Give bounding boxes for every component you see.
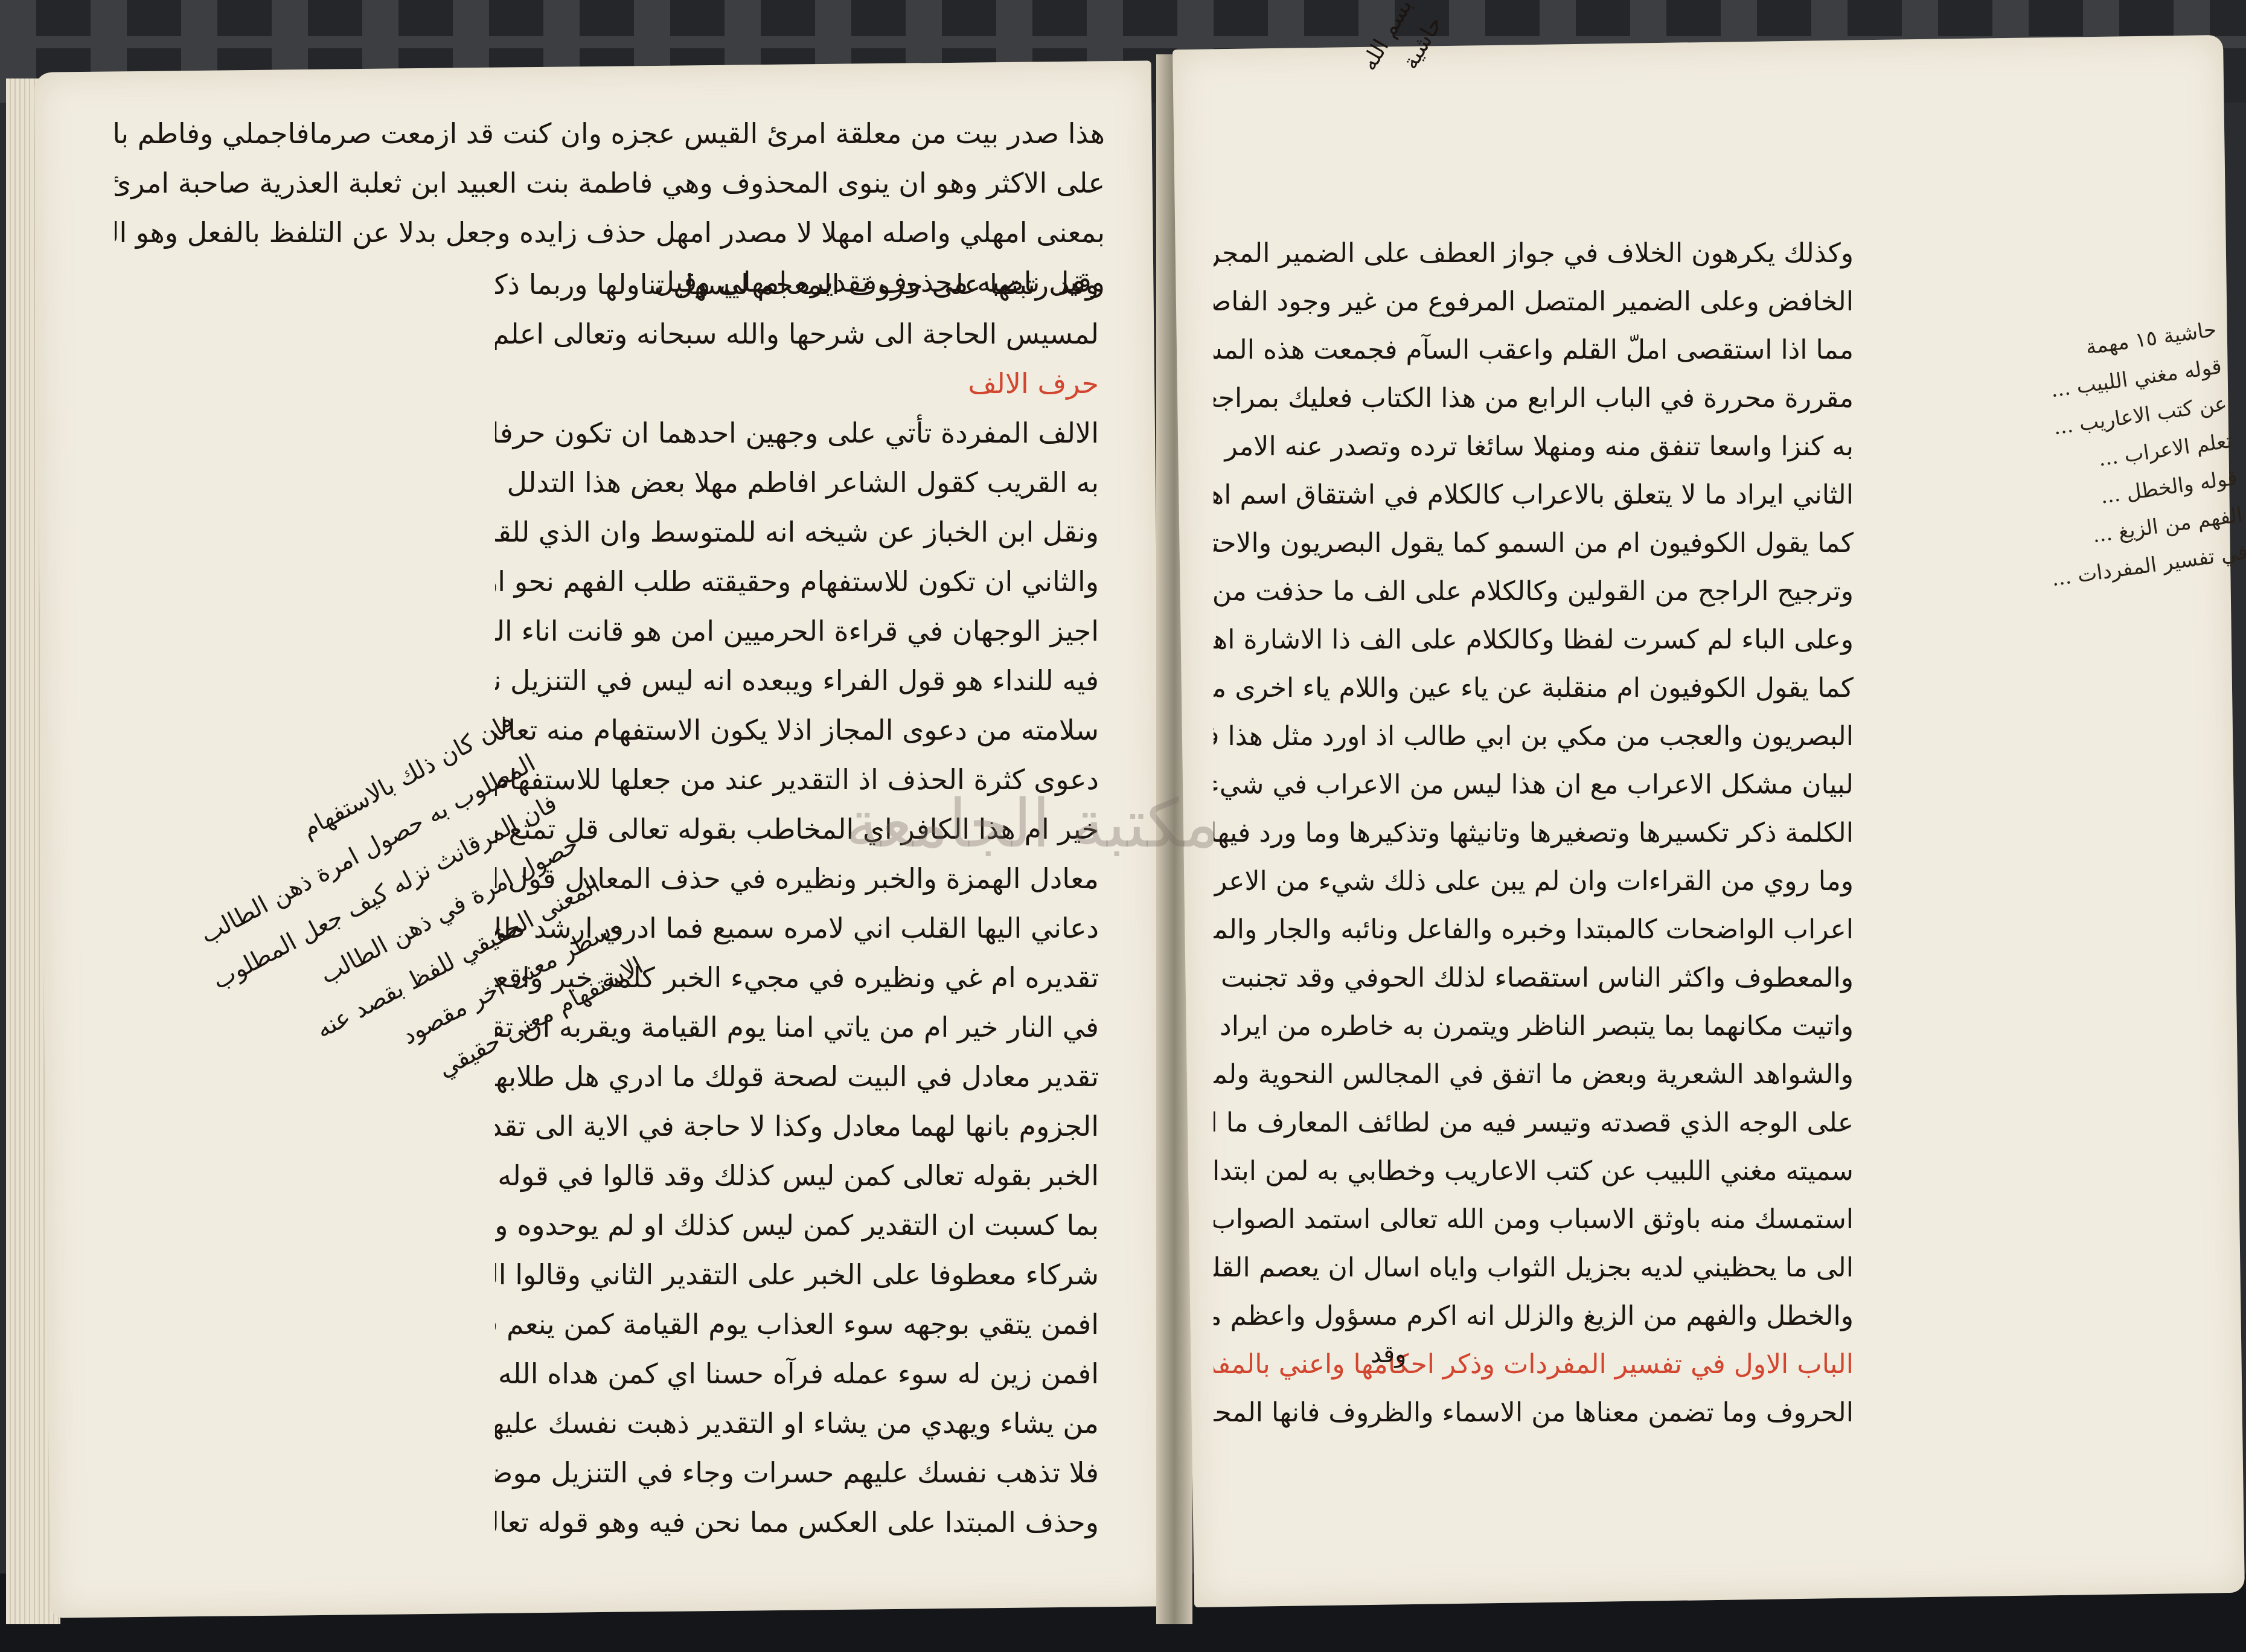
text-line: لبيان مشكل الاعراب مع ان هذا ليس من الاع… [1214, 761, 1854, 809]
text-line: كما يقول الكوفيون ام منقلبة عن ياء عين و… [1214, 664, 1854, 712]
text-line: وحذف المبتدا على العكس مما نحن فيه وهو ق… [495, 1497, 1099, 1547]
text-line: مما اذا استقصى املّ القلم واعقب السآم فج… [1214, 326, 1854, 374]
text-line: وكذلك يكرهون الخلاف في جواز العطف على ال… [1214, 229, 1854, 278]
text-line: من يشاء ويهدي من يشاء او التقدير ذهبت نف… [495, 1398, 1099, 1448]
text-line: شركاء معطوفا على الخبر على التقدير الثان… [495, 1250, 1099, 1299]
text-line: الكلمة ذكر تكسيرها وتصغيرها وتانيثها وتذ… [1214, 809, 1854, 857]
text-line: على الاكثر وهو ان ينوى المحذوف وهي فاطمة… [115, 158, 1105, 208]
text-line: به كنزا واسعا تنفق منه ومنهلا سائغا ترده… [1214, 423, 1854, 471]
text-line: والمعطوف واكثر الناس استقصاء لذلك الحوفي… [1214, 954, 1854, 1002]
text-line: تقدير معادل في البيت لصحة قولك ما ادري ه… [495, 1052, 1099, 1101]
text-line: البصريون والعجب من مكي بن ابي طالب اذ او… [1214, 712, 1854, 761]
right-margin-notes: حاشية ١٥ مهمة قوله مغني اللبيب ... عن كت… [1807, 311, 2246, 627]
text-line: وقد رتبتها على حروف المعجم ليسهل تناولها… [495, 260, 1099, 309]
library-watermark: مكتبة الجامعة [845, 785, 1220, 862]
text-line: هذا صدر بيت من معلقة امرئ القيس عجزه وان… [115, 109, 1105, 158]
text-line: فلا تذهب نفسك عليهم حسرات وجاء في التنزي… [495, 1448, 1099, 1497]
text-line: والثاني ان تكون للاستفهام وحقيقته طلب ال… [495, 557, 1099, 606]
text-line: اعراب الواضحات كالمبتدا وخبره والفاعل ون… [1214, 906, 1854, 954]
text-line: كما يقول الكوفيون ام من السمو كما يقول ا… [1214, 519, 1854, 568]
text-line: الى ما يحظيني لديه بجزيل الثواب واياه اس… [1214, 1244, 1854, 1292]
text-line: واتيت مكانهما بما يتبصر الناظر ويتمرن به… [1214, 1002, 1854, 1051]
text-line: وعلى الباء لم كسرت لفظا وكالكلام على الف… [1214, 616, 1854, 664]
text-line: وترجيح الراجح من القولين وكالكلام على ال… [1214, 568, 1854, 616]
text-line: على الوجه الذي قصدته وتيسر فيه من لطائف … [1214, 1099, 1854, 1147]
text-line: سميته مغني اللبيب عن كتب الاعاريب وخطابي… [1214, 1147, 1854, 1196]
text-line: وما روي من القراءات وان لم يبن على ذلك ش… [1214, 857, 1854, 906]
text-line: لمسيس الحاجة الى شرحها والله سبحانه وتعا… [495, 309, 1099, 359]
text-line: الجزوم بانها لهما معادل وكذا لا حاجة في … [495, 1101, 1099, 1151]
text-line: الالف المفردة تأتي على وجهين احدهما ان ت… [495, 408, 1099, 458]
right-main-text: وكذلك يكرهون الخلاف في جواز العطف على ال… [1214, 229, 1854, 1437]
text-line: الخافض وعلى الضمير المتصل المرفوع من غير… [1214, 278, 1854, 326]
text-line: الحروف وما تضمن معناها من الاسماء والظرو… [1214, 1389, 1854, 1437]
text-line: فيه للنداء هو قول الفراء ويبعده انه ليس … [495, 656, 1099, 705]
catchword: وقد [1371, 1340, 1406, 1368]
text-line: افمن يتقي بوجهه سوء العذاب يوم القيامة ك… [495, 1299, 1099, 1349]
text-line: اجيز الوجهان في قراءة الحرميين امن هو قا… [495, 606, 1099, 656]
text-line: سلامته من دعوى المجاز اذلا يكون الاستفها… [495, 705, 1099, 755]
chapter-heading: الباب الاول في تفسير المفردات وذكر احكام… [1214, 1340, 1854, 1389]
rubric-heading: حرف الالف [495, 359, 1099, 408]
text-line: والخطل والفهم من الزيغ والزلل انه اكرم م… [1214, 1292, 1854, 1340]
text-line: افمن زين له سوء عمله فرآه حسنا اي كمن هد… [495, 1349, 1099, 1398]
text-line: الخبر بقوله تعالى كمن ليس كذلك وقد قالوا… [495, 1151, 1099, 1200]
text-line: ونقل ابن الخباز عن شيخه انه للمتوسط وان … [495, 507, 1099, 557]
text-line: به القريب كقول الشاعر افاطم مهلا بعض هذا… [495, 458, 1099, 507]
text-line: بما كسبت ان التقدير كمن ليس كذلك او لم ي… [495, 1200, 1099, 1250]
text-line: بمعنى امهلي واصله امهلا لا مصدر امهل حذف… [115, 208, 1105, 257]
text-line: مقررة محررة في الباب الرابع من هذا الكتا… [1214, 374, 1854, 423]
text-line: والشواهد الشعرية وبعض ما اتفق في المجالس… [1214, 1051, 1854, 1099]
text-line: الثاني ايراد ما لا يتعلق بالاعراب كالكلا… [1214, 471, 1854, 519]
text-line: استمسك منه باوثق الاسباب ومن الله تعالى … [1214, 1196, 1854, 1244]
